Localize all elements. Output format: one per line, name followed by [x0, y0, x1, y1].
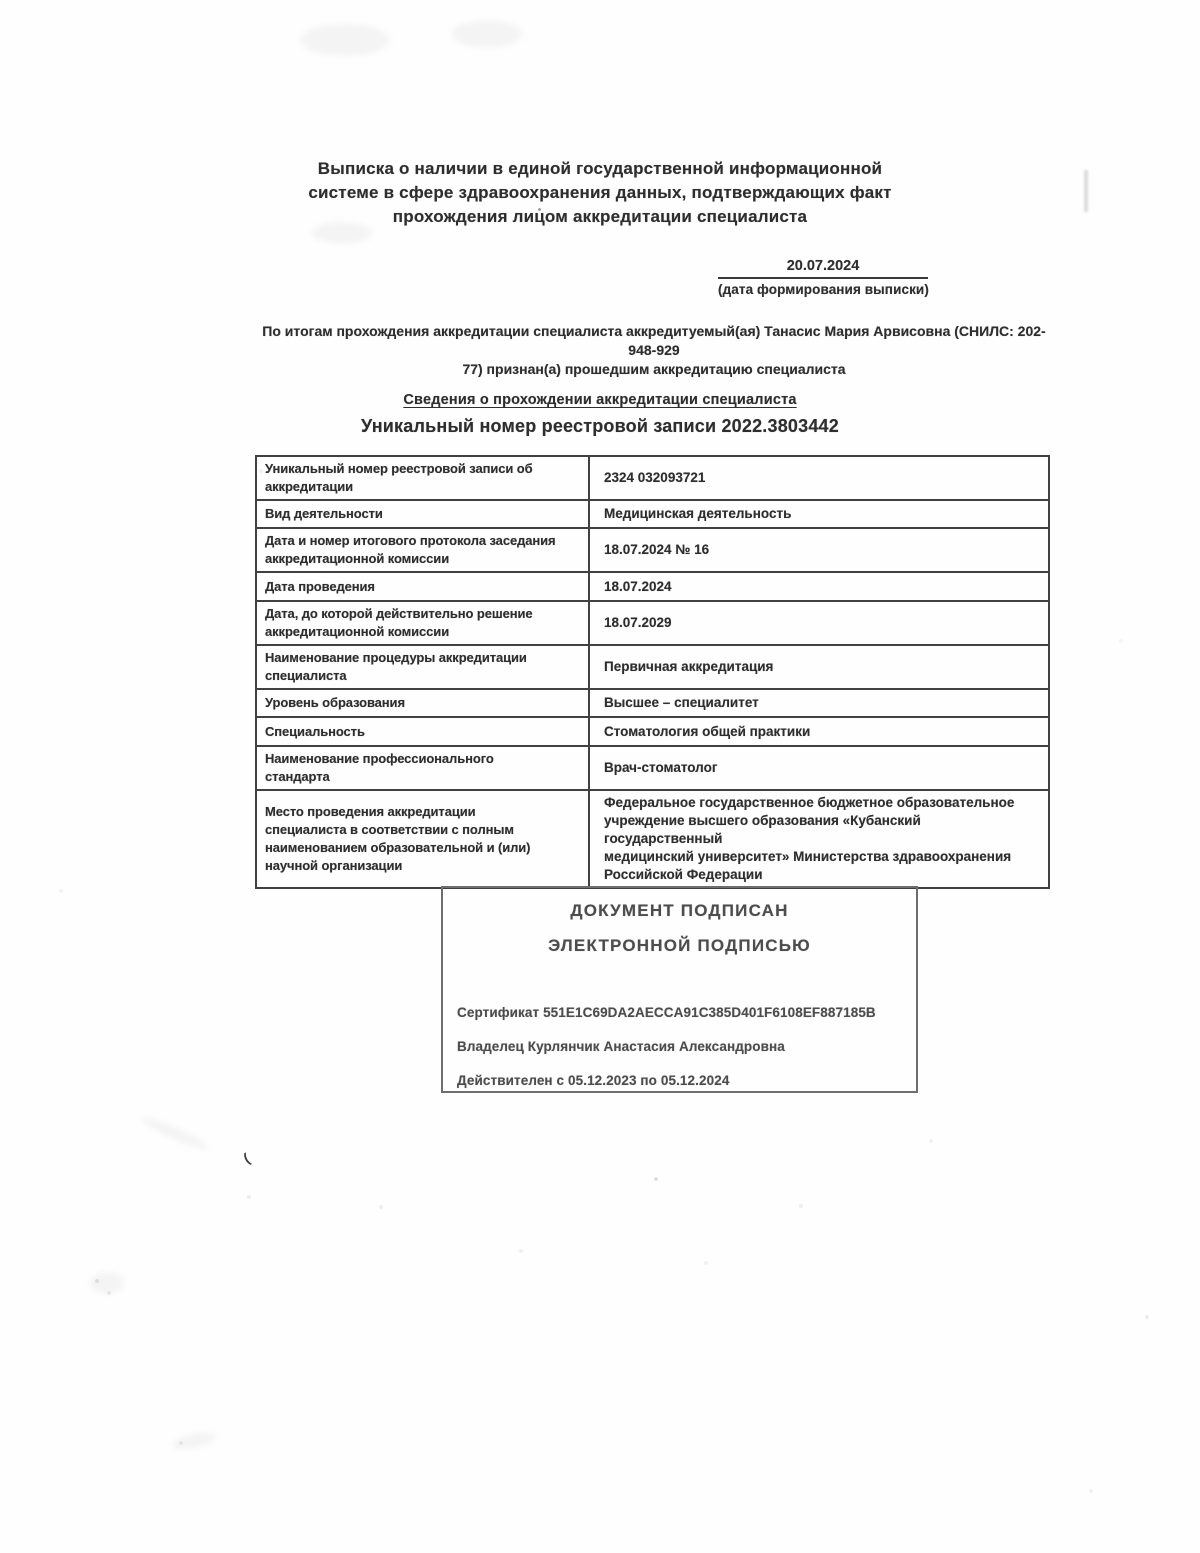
table-row: Дата проведения 18.07.2024	[256, 572, 1049, 601]
certificate-line: Сертификат 551E1C69DA2AECCA91C385D401F61…	[457, 1005, 916, 1020]
document-title: Выписка о наличии в единой государственн…	[0, 157, 1200, 229]
row-value: Стоматология общей практики	[589, 717, 1049, 746]
scan-smudge	[171, 1430, 217, 1453]
signature-stamp: ДОКУМЕНТ ПОДПИСАН ЭЛЕКТРОННОЙ ПОДПИСЬЮ С…	[441, 886, 918, 1093]
row-value: Высшее – специалитет	[589, 689, 1049, 717]
table-row: Уникальный номер реестровой записи об ак…	[256, 456, 1049, 500]
registry-number-line: Уникальный номер реестровой записи 2022.…	[0, 416, 1200, 437]
row-label: Наименование процедуры аккредитации спец…	[256, 645, 589, 689]
scan-smudge	[452, 20, 522, 48]
document-page: Выписка о наличии в единой государственн…	[0, 0, 1200, 1553]
owner-line: Владелец Курлянчик Анастасия Александров…	[457, 1039, 916, 1054]
signature-title-line2: ЭЛЕКТРОННОЙ ПОДПИСЬЮ	[443, 936, 916, 956]
table-row: Специальность Стоматология общей практик…	[256, 717, 1049, 746]
row-value: 18.07.2024 № 16	[589, 528, 1049, 572]
row-label: Дата, до которой действительно решение а…	[256, 601, 589, 645]
row-label: Дата и номер итогового протокола заседан…	[256, 528, 589, 572]
row-value: 18.07.2029	[589, 601, 1049, 645]
table-row: Место проведения аккредитации специалист…	[256, 790, 1049, 888]
issue-date-caption: (дата формирования выписки)	[718, 282, 928, 297]
issue-date: 20.07.2024	[718, 258, 928, 279]
row-value: Первичная аккредитация	[589, 645, 1049, 689]
table-row: Уровень образования Высшее – специалитет	[256, 689, 1049, 717]
table-row: Наименование процедуры аккредитации спец…	[256, 645, 1049, 689]
validity-line: Действителен с 05.12.2023 по 05.12.2024	[457, 1073, 916, 1088]
issue-date-block: 20.07.2024 (дата формирования выписки)	[718, 258, 928, 297]
row-value: Врач-стоматолог	[589, 746, 1049, 790]
row-label: Вид деятельности	[256, 500, 589, 528]
table-row: Вид деятельности Медицинская деятельност…	[256, 500, 1049, 528]
intro-paragraph: По итогам прохождения аккредитации специ…	[250, 322, 1058, 379]
noise-speckles	[0, 0, 2, 2]
row-value: 2324 032093721	[589, 456, 1049, 500]
row-label: Наименование профессионального стандарта	[256, 746, 589, 790]
row-label: Место проведения аккредитации специалист…	[256, 790, 589, 888]
accreditation-table: Уникальный номер реестровой записи об ак…	[255, 455, 1050, 889]
row-value: 18.07.2024	[589, 572, 1049, 601]
table-row: Дата и номер итогового протокола заседан…	[256, 528, 1049, 572]
section-heading: Сведения о прохождении аккредитации спец…	[0, 392, 1200, 408]
row-value: Федеральное государственное бюджетное об…	[589, 790, 1049, 888]
row-value: Медицинская деятельность	[589, 500, 1049, 528]
scan-smudge	[300, 24, 390, 56]
table-row: Наименование профессионального стандарта…	[256, 746, 1049, 790]
scan-smudge	[90, 1272, 124, 1294]
table-row: Дата, до которой действительно решение а…	[256, 601, 1049, 645]
row-label: Дата проведения	[256, 572, 589, 601]
row-label: Уникальный номер реестровой записи об ак…	[256, 456, 589, 500]
scan-smudge	[139, 1113, 211, 1153]
row-label: Уровень образования	[256, 689, 589, 717]
signature-title-line1: ДОКУМЕНТ ПОДПИСАН	[443, 901, 916, 921]
row-label: Специальность	[256, 717, 589, 746]
scan-pen-mark: (	[241, 1150, 253, 1166]
